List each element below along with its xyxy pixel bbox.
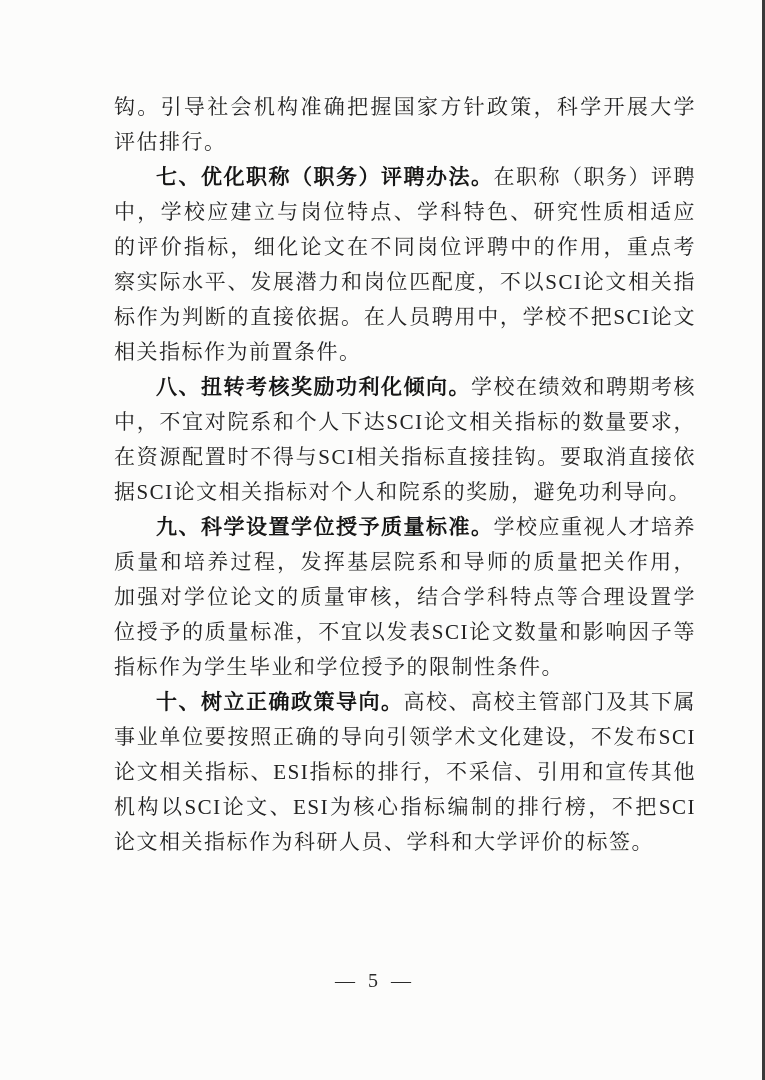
paragraph: 九、科学设置学位授予质量标准。学校应重视人才培养质量和培养过程，发挥基层院系和导… xyxy=(114,510,696,685)
page-number: — 5 — xyxy=(335,970,415,993)
paragraph-text: 钩。引导社会机构准确把握国家方针政策，科学开展大学评估排行。 xyxy=(114,95,696,154)
paragraph-text: 在职称（职务）评聘中，学校应建立与岗位特点、学科特色、研究性质相适应的评价指标，… xyxy=(114,165,696,364)
document-body: 钩。引导社会机构准确把握国家方针政策，科学开展大学评估排行。 七、优化职称（职务… xyxy=(114,90,696,860)
paragraph-text: 学校应重视人才培养质量和培养过程，发挥基层院系和导师的质量把关作用，加强对学位论… xyxy=(114,515,696,679)
paragraph: 钩。引导社会机构准确把握国家方针政策，科学开展大学评估排行。 xyxy=(114,90,696,160)
section-heading: 九、科学设置学位授予质量标准。 xyxy=(156,516,494,539)
paragraph-text: 高校、高校主管部门及其下属事业单位要按照正确的导向引领学术文化建设，不发布SCI… xyxy=(114,690,696,854)
section-heading: 八、扭转考核奖励功利化倾向。 xyxy=(156,376,471,399)
paragraph: 十、树立正确政策导向。高校、高校主管部门及其下属事业单位要按照正确的导向引领学术… xyxy=(114,685,696,860)
document-page: 钩。引导社会机构准确把握国家方针政策，科学开展大学评估排行。 七、优化职称（职务… xyxy=(0,0,765,1080)
page-footer: — 5 — xyxy=(0,970,762,993)
section-heading: 七、优化职称（职务）评聘办法。 xyxy=(156,166,494,189)
paragraph: 八、扭转考核奖励功利化倾向。学校在绩效和聘期考核中，不宜对院系和个人下达SCI论… xyxy=(114,370,696,510)
paragraph: 七、优化职称（职务）评聘办法。在职称（职务）评聘中，学校应建立与岗位特点、学科特… xyxy=(114,160,696,370)
section-heading: 十、树立正确政策导向。 xyxy=(156,691,404,714)
